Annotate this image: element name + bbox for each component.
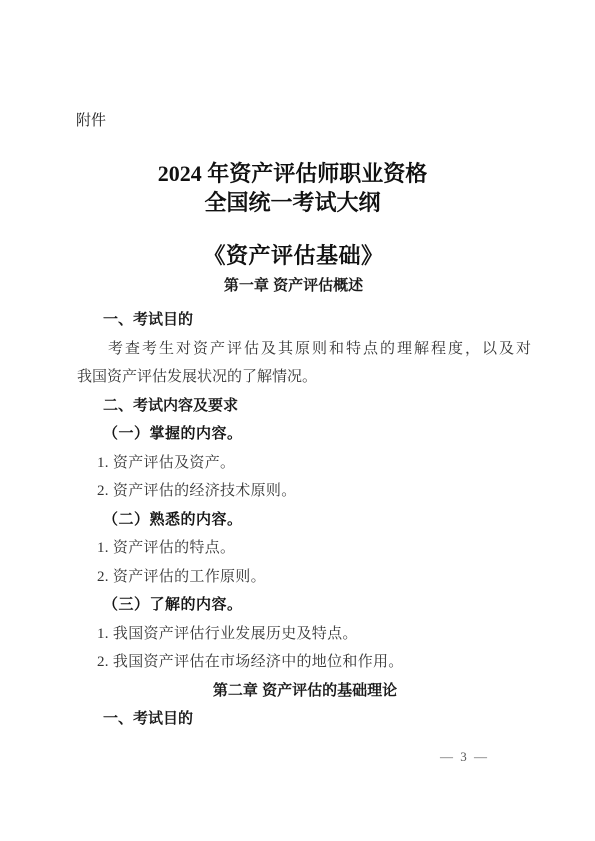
document-page: 附件 2024 年资产评估师职业资格 全国统一考试大纲 《资产评估基础》 第一章… [0,0,595,841]
section-heading: 一、考试目的 [77,306,533,335]
document-title-line1: 2024 年资产评估师职业资格 [0,159,585,188]
paragraph-line: 考查考生对资产评估及其原则和特点的理解程度，以及对 [77,335,533,364]
list-item: 2. 资产评估的经济技术原则。 [77,477,533,506]
subsection-heading: （一）掌握的内容。 [77,420,533,449]
section-heading: 二、考试内容及要求 [77,392,533,421]
chapter-heading: 第一章 资产评估概述 [0,276,595,296]
list-item: 1. 资产评估及资产。 [77,449,533,478]
document-title: 2024 年资产评估师职业资格 全国统一考试大纲 [0,159,595,217]
chapter-heading: 第二章 资产评估的基础理论 [77,677,533,706]
list-item: 2. 资产评估的工作原则。 [77,563,533,592]
paragraph-line: 我国资产评估发展状况的了解情况。 [77,363,533,392]
page-number: — 3 — [440,749,489,765]
section-heading: 一、考试目的 [77,705,533,734]
attachment-label: 附件 [76,109,106,130]
list-item: 1. 资产评估的特点。 [77,534,533,563]
document-body: 一、考试目的 考查考生对资产评估及其原则和特点的理解程度，以及对 我国资产评估发… [77,306,533,734]
document-title-line2: 全国统一考试大纲 [0,188,585,217]
list-item: 1. 我国资产评估行业发展历史及特点。 [77,620,533,649]
subsection-heading: （三）了解的内容。 [77,591,533,620]
subsection-heading: （二）熟悉的内容。 [77,506,533,535]
subject-title: 《资产评估基础》 [0,241,595,271]
list-item: 2. 我国资产评估在市场经济中的地位和作用。 [77,648,533,677]
